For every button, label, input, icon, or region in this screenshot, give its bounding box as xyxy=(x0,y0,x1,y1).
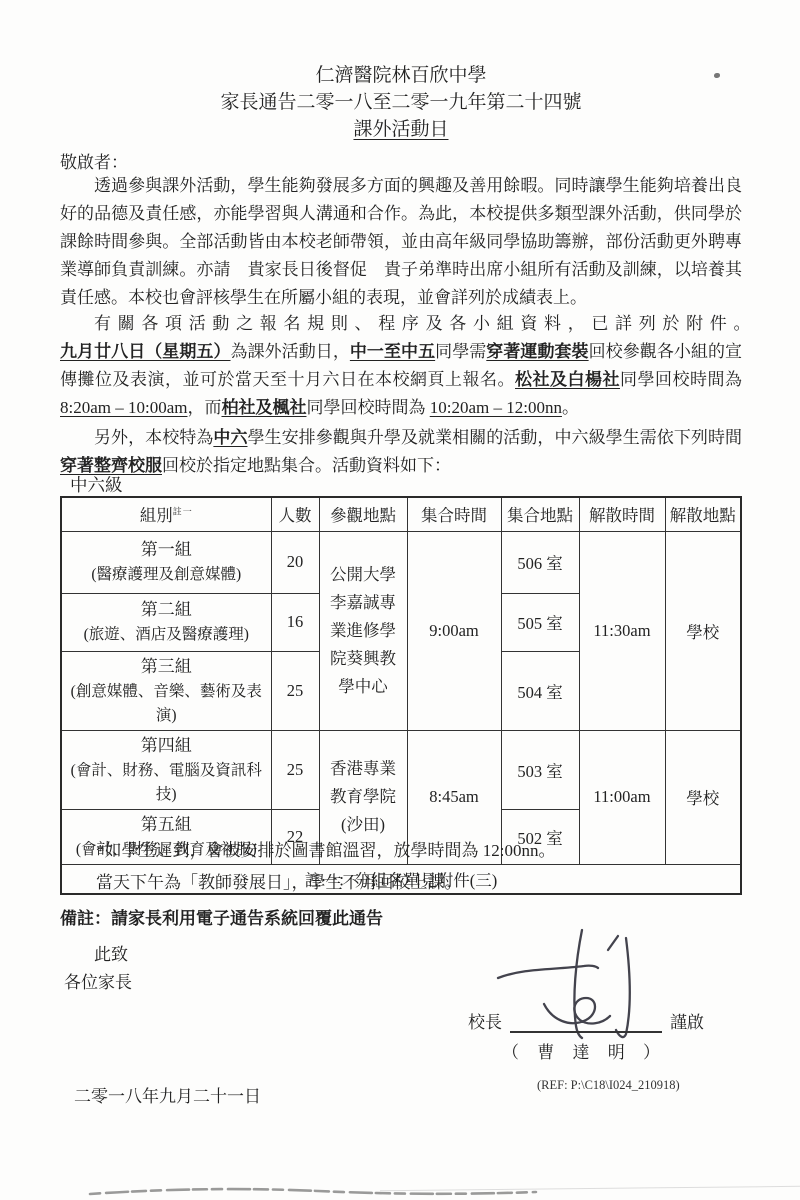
group2-cell: 第二組 (旅遊、酒店及醫療護理) xyxy=(61,593,271,651)
header-assemble-place: 集合地點 xyxy=(501,497,579,531)
paragraph-intro: 透過參與課外活動，學生能夠發展多方面的興趣及善用餘暇。同時讓學生能夠培養出良好的… xyxy=(60,172,742,312)
group3-room: 504 室 xyxy=(501,651,579,730)
group-name: 第五組 xyxy=(66,812,267,838)
dismiss-place-groups1-3: 學校 xyxy=(665,531,741,730)
principal-name: （ 曹 達 明 ） xyxy=(502,1038,667,1063)
notice-title: 課外活動日 xyxy=(60,116,742,143)
document-header: 仁濟醫院林百欣中學 家長通告二零一八至二零一九年第二十四號 課外活動日 xyxy=(60,62,742,143)
group2-count: 16 xyxy=(271,593,319,651)
group-desc: (旅遊、酒店及醫療護理) xyxy=(66,623,267,647)
group-desc: (會計、財務、電腦及資訊科技) xyxy=(66,759,267,807)
table-header-row: 組別註一 人數 參觀地點 集合時間 集合地點 解散時間 解散地點 xyxy=(61,497,741,531)
header-count: 人數 xyxy=(271,497,319,531)
notice-page: 仁濟醫院林百欣中學 家長通告二零一八至二零一九年第二十四號 課外活動日 敬啟者：… xyxy=(0,0,800,1200)
paragraph-activity-day: 有關各項活動之報名規則、程序及各小組資料，已詳列於附件。 九月廿八日（星期五）為… xyxy=(60,310,742,422)
group1-room: 506 室 xyxy=(501,531,579,593)
notice-number: 家長通告二零一八至二零一九年第二十四號 xyxy=(60,89,742,116)
table-section-label: 中六級 xyxy=(70,472,123,497)
header-group: 組別註一 xyxy=(61,497,271,531)
group-name: 第三組 xyxy=(66,654,267,680)
header-assemble-time: 集合時間 xyxy=(407,497,501,531)
closing-prefix: 此致 xyxy=(94,940,128,965)
group4-count: 25 xyxy=(271,730,319,809)
closing-recipient: 各位家長 xyxy=(64,968,132,993)
late-note: *如學生遲到，會被安排於圖書館溫習，放學時間為 12:00nn。 xyxy=(96,836,555,861)
signature-line xyxy=(510,1009,662,1033)
table-row-group1: 第一組 (醫療護理及創意媒體) 20 公開大學李嘉誠專業進修學院葵興教學中心 9… xyxy=(61,531,741,593)
header-dismiss-place: 解散地點 xyxy=(665,497,741,531)
closing-block: 此致 各位家長 校長 謹啟 （ 曹 達 明 ） xyxy=(60,936,742,1096)
group1-count: 20 xyxy=(271,531,319,593)
school-name: 仁濟醫院林百欣中學 xyxy=(60,62,742,89)
footnote-marker: 註一 xyxy=(173,507,193,517)
remark-note: 備註：請家長利用電子通告系統回覆此通告 xyxy=(60,904,383,929)
scan-smudge xyxy=(88,1184,538,1198)
document-ref: (REF: P:\C18\I024_210918) xyxy=(537,1078,680,1093)
group4-cell: 第四組 (會計、財務、電腦及資訊科技) xyxy=(61,730,271,809)
footer-block: 二零一八年九月二十一日 (REF: P:\C18\I024_210918) xyxy=(60,1082,742,1112)
group-desc: (醫療護理及創意媒體) xyxy=(66,563,267,587)
group-name: 第二組 xyxy=(66,597,267,623)
group-desc: (創意媒體、音樂、藝術及表演) xyxy=(66,680,267,728)
venue-groups1-3: 公開大學李嘉誠專業進修學院葵興教學中心 xyxy=(319,531,407,730)
group-name: 第四組 xyxy=(66,733,267,759)
paragraph-form6: 另外，本校特為中六學生安排參觀與升學及就業相關的活動，中六級學生需依下列時間穿著… xyxy=(60,424,742,480)
dismiss-time-groups1-3: 11:30am xyxy=(579,531,665,730)
group4-room: 503 室 xyxy=(501,730,579,809)
header-dismiss-time: 解散時間 xyxy=(579,497,665,531)
dismiss-place-groups4-5: 學校 xyxy=(665,730,741,864)
afternoon-note: 當天下午為「教師發展日」，學生不用回校上課。 xyxy=(96,868,462,893)
respectfully-label: 謹啟 xyxy=(670,1008,704,1033)
header-venue: 參觀地點 xyxy=(319,497,407,531)
group1-cell: 第一組 (醫療護理及創意媒體) xyxy=(61,531,271,593)
signature-row: 校長 謹啟 xyxy=(468,1008,704,1033)
group2-room: 505 室 xyxy=(501,593,579,651)
principal-label: 校長 xyxy=(468,1008,502,1033)
table-row-group4: 第四組 (會計、財務、電腦及資訊科技) 25 香港專業教育學院(沙田) 8:45… xyxy=(61,730,741,809)
dismiss-time-groups4-5: 11:00am xyxy=(579,730,665,864)
group3-cell: 第三組 (創意媒體、音樂、藝術及表演) xyxy=(61,651,271,730)
salutation: 敬啟者： xyxy=(60,148,128,173)
group-name: 第一組 xyxy=(66,537,267,563)
scan-speck xyxy=(714,73,720,78)
assemble-time-groups1-3: 9:00am xyxy=(407,531,501,730)
document-date: 二零一八年九月二十一日 xyxy=(74,1082,261,1107)
group3-count: 25 xyxy=(271,651,319,730)
